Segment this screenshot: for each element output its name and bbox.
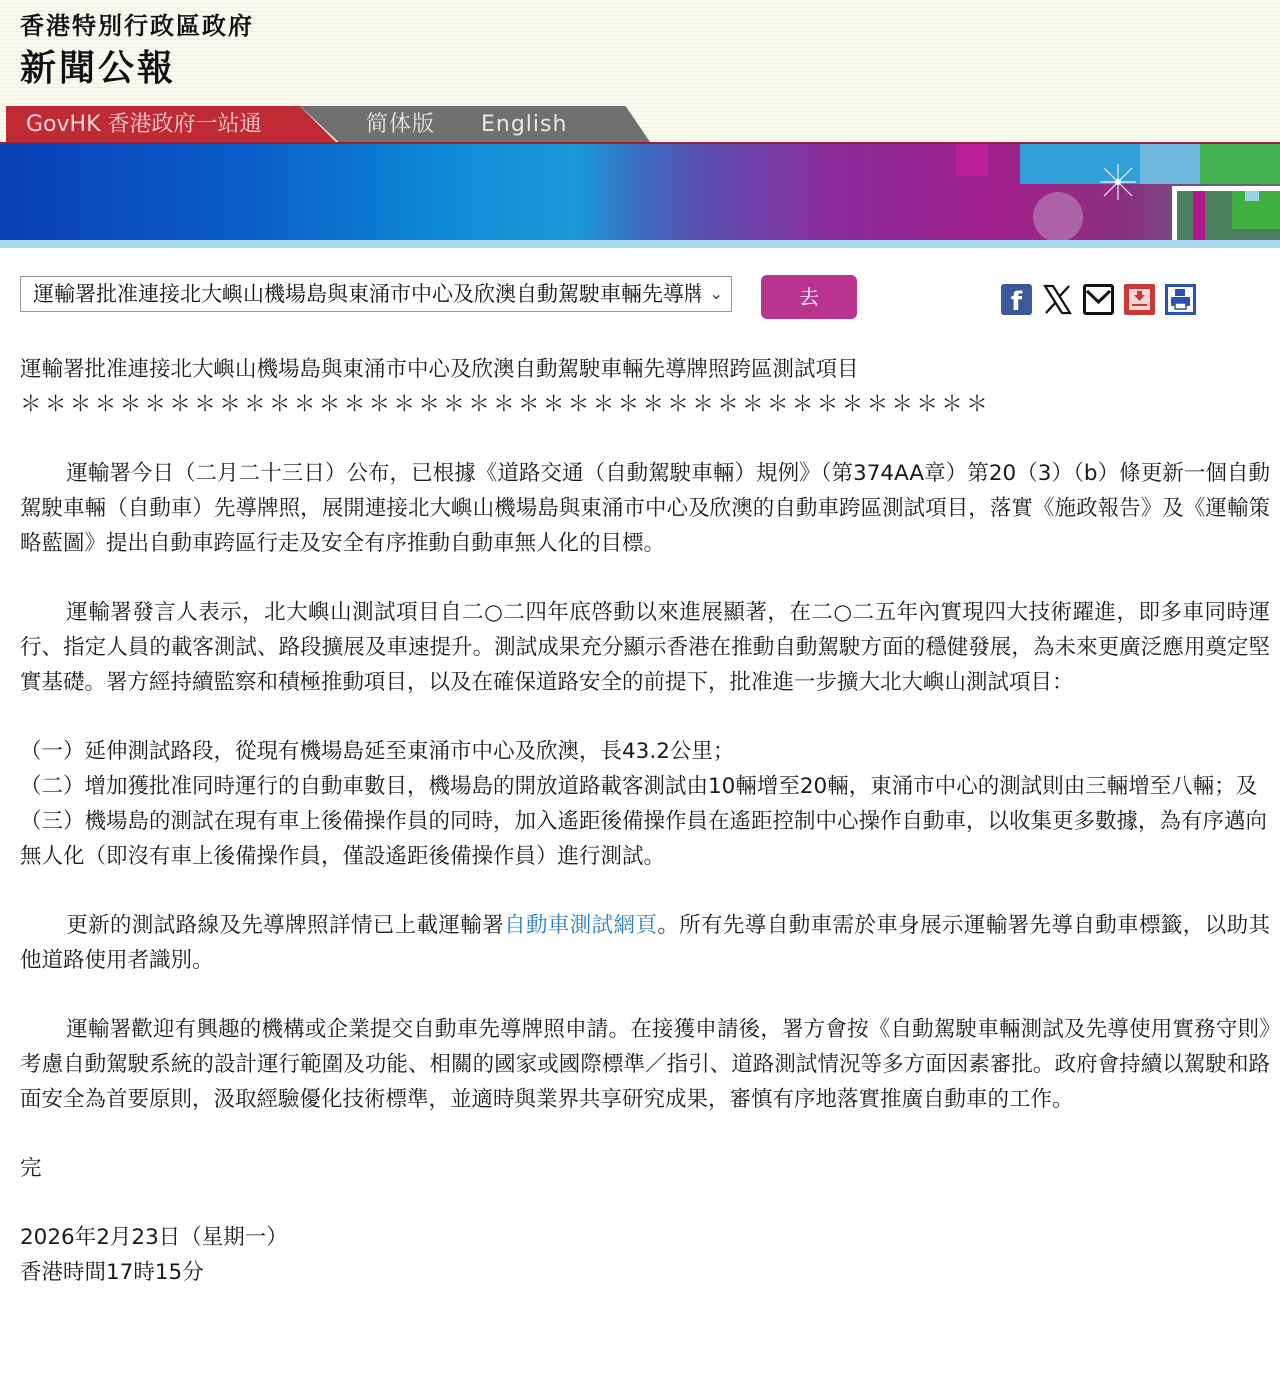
banner-decoration [956, 144, 988, 176]
list-item-2: （二）增加獲批准同時運行的自動車數目，機場島的開放道路載客測試由10輛增至20輛… [20, 769, 1270, 804]
banner-strip [0, 240, 1280, 248]
save-button[interactable] [1124, 284, 1155, 315]
banner-frame [1172, 186, 1280, 242]
release-date: 2026年2月23日（星期一） [20, 1220, 1270, 1255]
government-name: 香港特別行政區政府 [20, 6, 254, 41]
list-item-3: （三）機場島的測試在現有車上後備操作員的同時，加入遙距後備操作員在遙距控制中心操… [20, 804, 1270, 874]
facebook-share-button[interactable]: f [1001, 284, 1032, 315]
selected-release-title: 運輸署批准連接北大嶼山機場島與東涌市中心及欣澳自動駕駛車輛先導牌照跨區測試項目 [33, 277, 701, 311]
download-icon [1124, 284, 1155, 315]
paragraph-4: 運輸署歡迎有興趣的機構或企業提交自動車先導牌照申請。在接獲申請後，署方會按《自動… [20, 1012, 1270, 1117]
email-share-button[interactable] [1083, 284, 1114, 315]
facebook-icon: f [1001, 287, 1032, 317]
print-icon [1168, 287, 1193, 312]
site-header: 香港特別行政區政府 新聞公報 GovHK 香港政府一站通 简体版 English [0, 0, 1280, 142]
title-separator: ＊＊＊＊＊＊＊＊＊＊＊＊＊＊＊＊＊＊＊＊＊＊＊＊＊＊＊＊＊＊＊＊＊＊＊＊＊＊＊ [20, 387, 1270, 422]
email-icon [1086, 287, 1111, 312]
print-button[interactable] [1165, 284, 1196, 315]
x-share-button[interactable] [1042, 284, 1073, 315]
header-banner [0, 142, 1280, 240]
paragraph-1: 運輸署今日（二月二十三日）公布，已根據《道路交通（自動駕駛車輛）規例》（第374… [20, 456, 1270, 561]
av-testing-webpage-link[interactable]: 自動車測試網頁 [504, 913, 657, 938]
press-release-select[interactable]: 運輸署批准連接北大嶼山機場島與東涌市中心及欣澳自動駕駛車輛先導牌照跨區測試項目 … [20, 276, 732, 312]
list-item-1: （一）延伸測試路段，從現有機場島延至東涌市中心及欣澳，長43.2公里； [20, 734, 1270, 769]
chevron-down-icon: ⌄ [710, 277, 723, 311]
paragraph-2: 運輸署發言人表示，北大嶼山測試項目自二○二四年底啓動以來進展顯著，在二○二五年內… [20, 595, 1270, 700]
release-time: 香港時間17時15分 [20, 1255, 1270, 1290]
banner-decoration [1140, 144, 1200, 184]
press-release-body: 運輸署批准連接北大嶼山機場島與東涌市中心及欣澳自動駕駛車輛先導牌照跨區測試項目 … [20, 352, 1270, 1290]
banner-circle [1033, 192, 1083, 242]
paragraph-3: 更新的測試路線及先導牌照詳情已上載運輸署自動車測試網頁。所有先導自動車需於車身展… [20, 908, 1270, 978]
simplified-chinese-link[interactable]: 简体版 [366, 106, 435, 144]
paragraph-3-text: 更新的測試路線及先導牌照詳情已上載運輸署 [66, 913, 504, 938]
press-releases-title: 新聞公報 [20, 40, 176, 91]
x-icon [1042, 284, 1073, 315]
banner-decoration [1200, 144, 1280, 184]
end-mark: 完 [20, 1151, 1270, 1186]
language-bar: 简体版 English [300, 106, 650, 142]
go-button[interactable]: 去 [761, 275, 857, 319]
govhk-link[interactable]: GovHK 香港政府一站通 [6, 106, 336, 142]
english-link[interactable]: English [481, 106, 567, 144]
article-title: 運輸署批准連接北大嶼山機場島與東涌市中心及欣澳自動駕駛車輛先導牌照跨區測試項目 [20, 352, 1270, 387]
sparkle-icon [1100, 164, 1136, 200]
